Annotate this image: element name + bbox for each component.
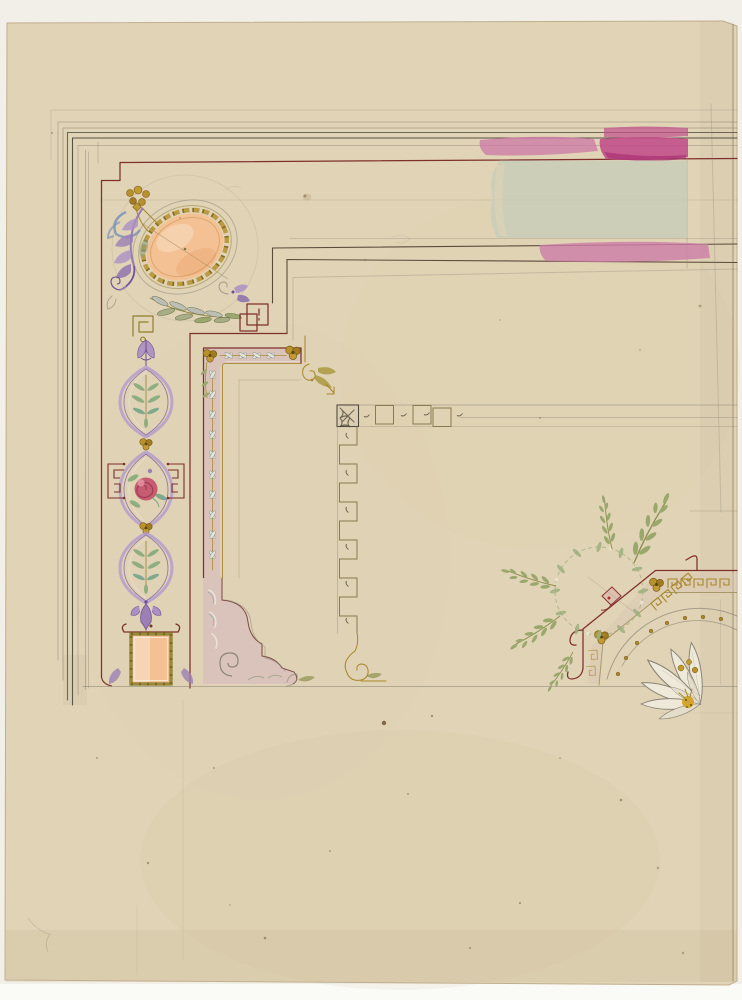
pink-band-swatch (540, 242, 710, 262)
ceiling-design-drawing (0, 0, 742, 1000)
pink-strip-swatch (604, 127, 688, 138)
green-band-swatch (491, 161, 687, 239)
artwork-scan (0, 0, 742, 1000)
